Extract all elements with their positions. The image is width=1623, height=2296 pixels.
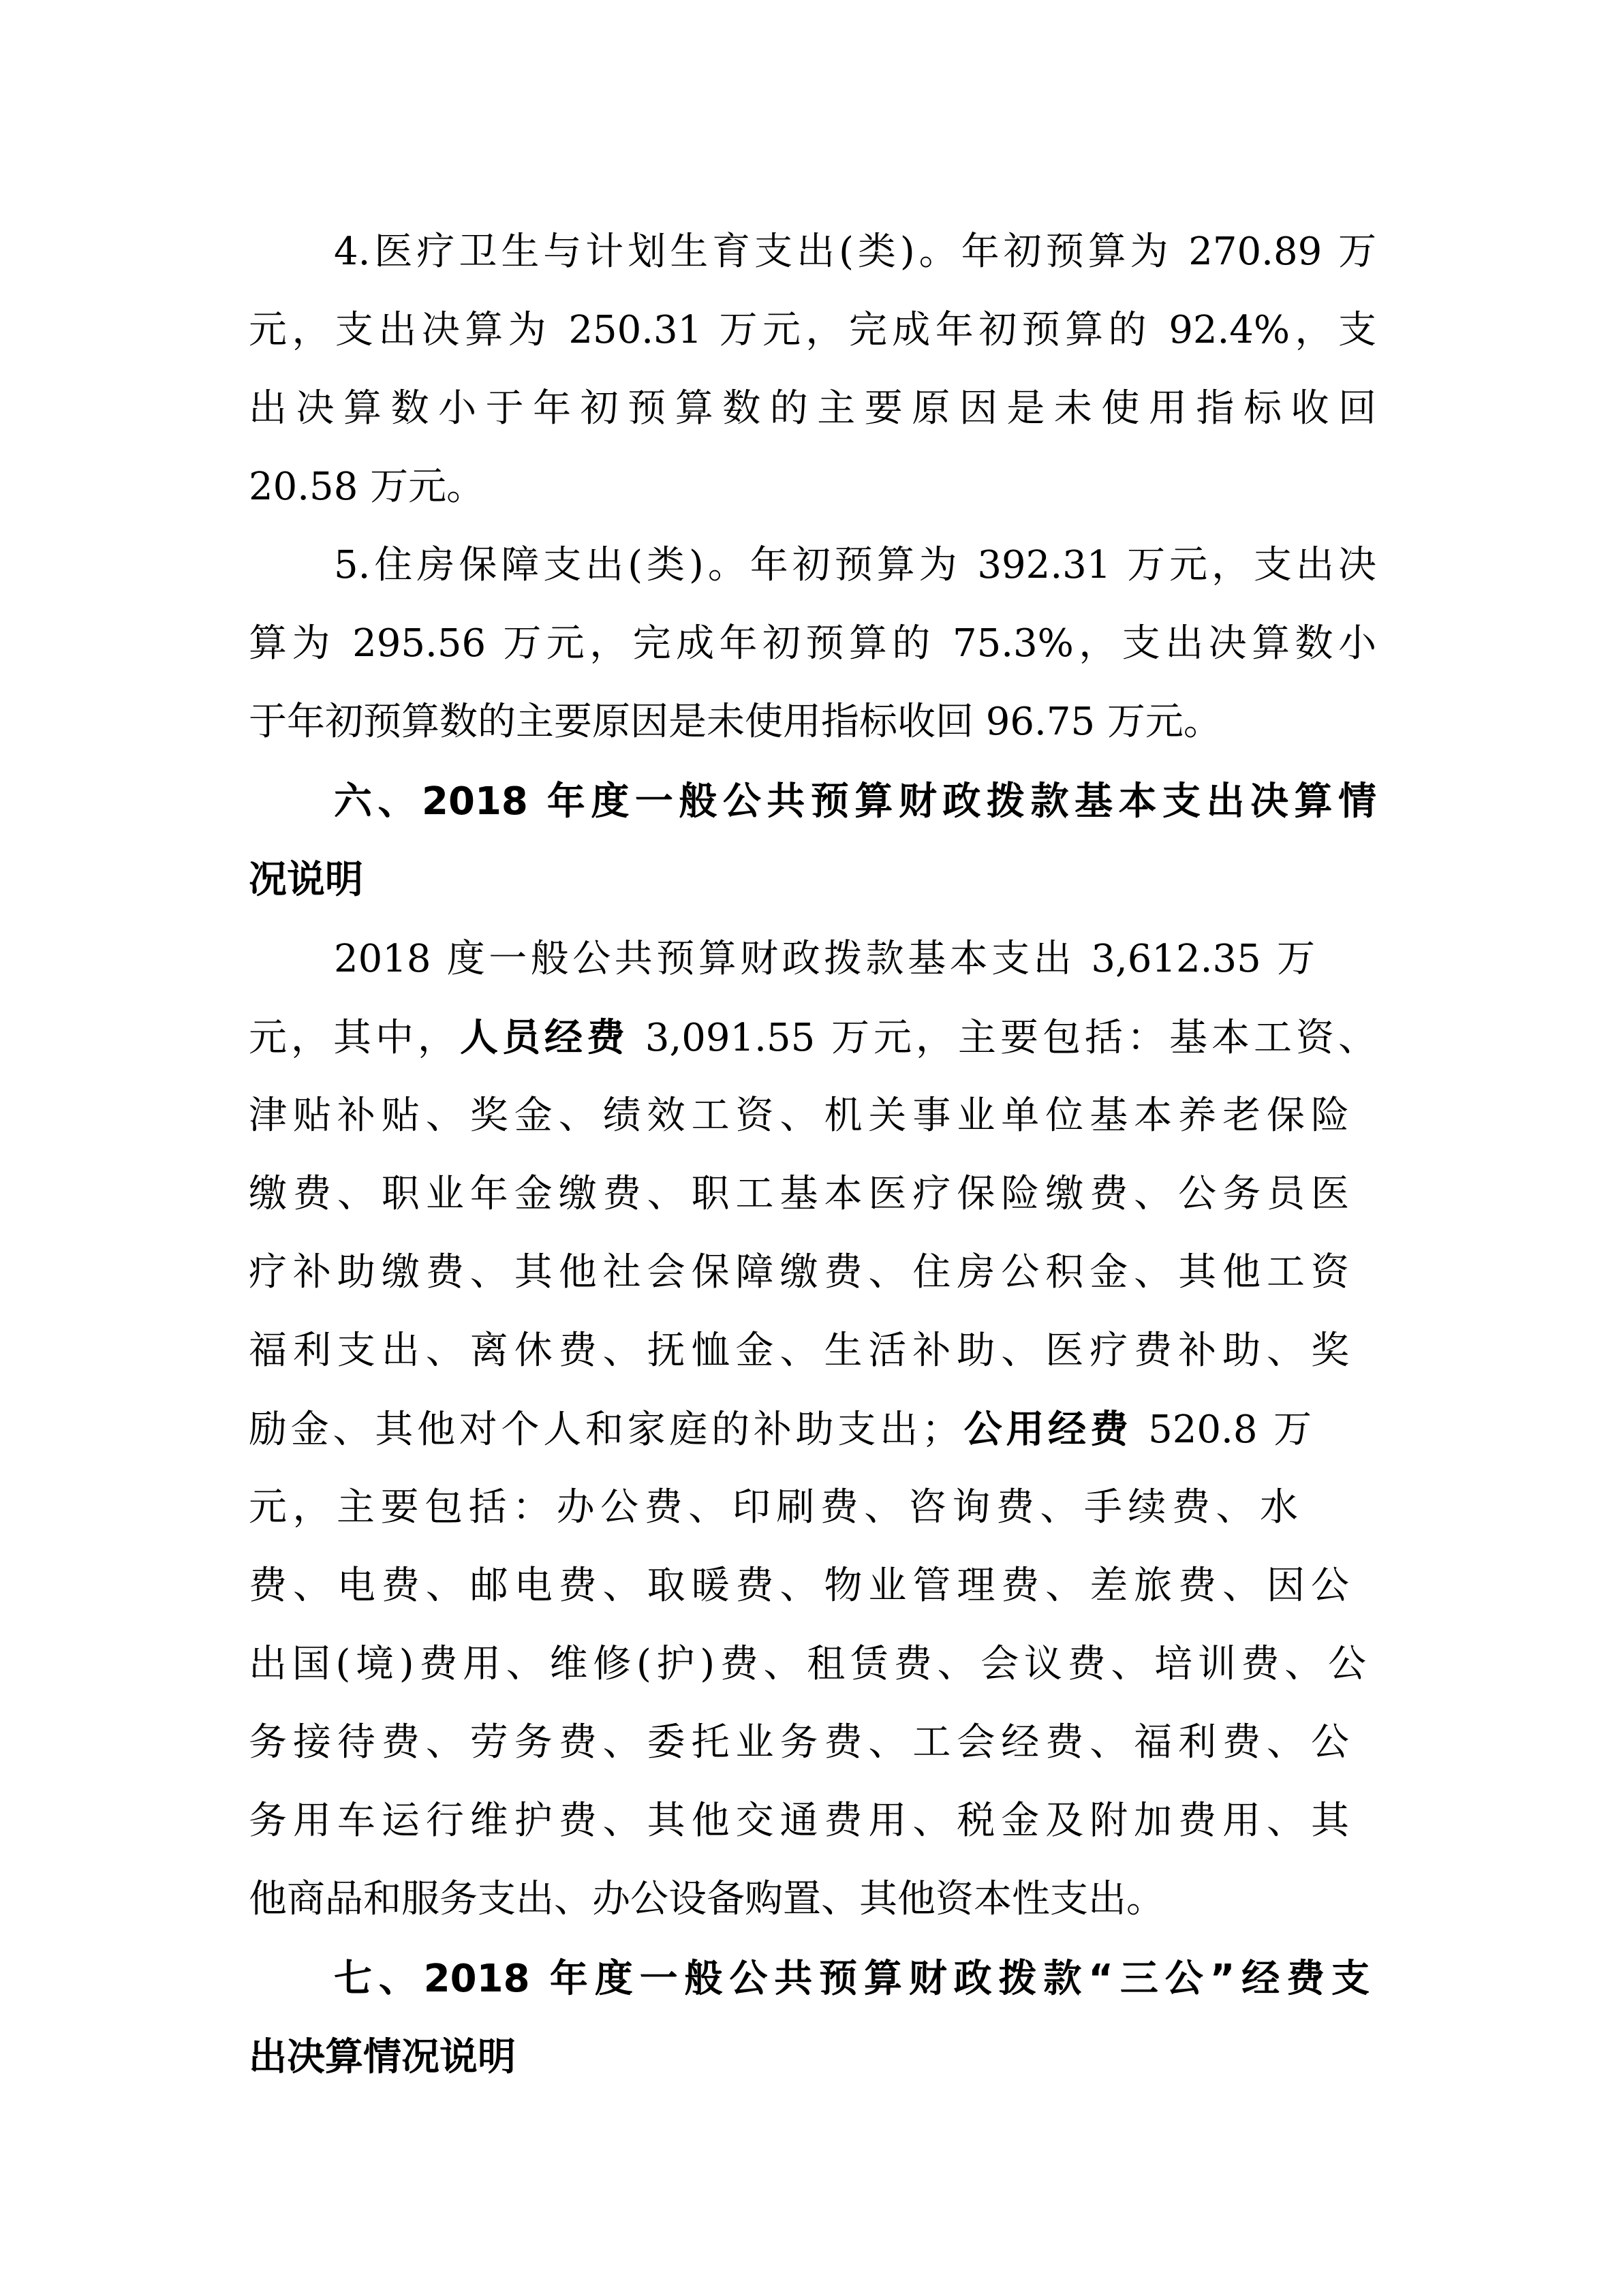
- text-line: 元，支出决算为 250.31 万元，完成年初预算的 92.4%，支: [249, 303, 1376, 358]
- text-line: 励金、其他对个人和家庭的补助支出；公用经费 520.8 万: [249, 1402, 1312, 1457]
- text-line: 出国(境)费用、维修(护)费、租赁费、会议费、培训费、公: [249, 1637, 1366, 1692]
- text-line: 元，其中，人员经费 3,091.55 万元，主要包括：基本工资、: [249, 1010, 1376, 1065]
- text-line: 他商品和服务支出、办公设备购置、其他资本性支出。: [249, 1872, 1376, 1927]
- heading-line: 六、2018 年度一般公共预算财政拨款基本支出决算情: [334, 775, 1376, 829]
- text-line: 务接待费、劳务费、委托业务费、工会经费、福利费、公: [249, 1716, 1349, 1770]
- heading-line: 出决算情况说明: [249, 2030, 1376, 2085]
- public-expenses-label: 公用经费: [960, 1407, 1132, 1452]
- text-line: 元，主要包括：办公费、印刷费、咨询费、手续费、水: [249, 1480, 1298, 1535]
- text-line: 疗补助缴费、其他社会保障缴费、住房公积金、其他工资: [249, 1245, 1349, 1300]
- text-line: 费、电费、邮电费、取暖费、物业管理费、差旅费、因公: [249, 1559, 1349, 1613]
- text-line: 缴费、职业年金缴费、职工基本医疗保险缴费、公务员医: [249, 1167, 1349, 1222]
- text-segment: 励金、其他对个人和家庭的补助支出；: [249, 1408, 960, 1452]
- text-line: 津贴补贴、奖金、绩效工资、机关事业单位基本养老保险: [249, 1089, 1349, 1143]
- document-page: 4.医疗卫生与计划生育支出(类)。年初预算为 270.89 万 元，支出决算为 …: [0, 0, 1623, 2296]
- text-segment: 元，其中，: [249, 1016, 460, 1060]
- heading-line: 七、2018 年度一般公共预算财政拨款“三公”经费支: [334, 1952, 1370, 2006]
- heading-line: 况说明: [249, 853, 1376, 907]
- text-segment: 3,091.55 万元，主要包括：基本工资、: [629, 1016, 1376, 1060]
- text-line: 2018 度一般公共预算财政拨款基本支出 3,612.35 万: [334, 932, 1315, 987]
- text-line: 于年初预算数的主要原因是未使用指标收回 96.75 万元。: [249, 695, 1376, 749]
- personnel-expenses-label: 人员经费: [460, 1015, 629, 1060]
- text-line: 务用车运行维护费、其他交通费用、税金及附加费用、其: [249, 1794, 1349, 1848]
- text-line: 福利支出、离休费、抚恤金、生活补助、医疗费补助、奖: [249, 1324, 1349, 1378]
- text-line: 20.58 万元。: [249, 460, 1376, 514]
- text-line: 出决算数小于年初预算数的主要原因是未使用指标收回: [249, 382, 1376, 436]
- text-line: 5.住房保障支出(类)。年初预算为 392.31 万元，支出决: [334, 538, 1376, 593]
- text-segment: 520.8 万: [1132, 1408, 1312, 1452]
- text-line: 4.医疗卫生与计划生育支出(类)。年初预算为 270.89 万: [334, 225, 1376, 279]
- text-line: 算为 295.56 万元，完成年初预算的 75.3%，支出决算数小: [249, 617, 1376, 671]
